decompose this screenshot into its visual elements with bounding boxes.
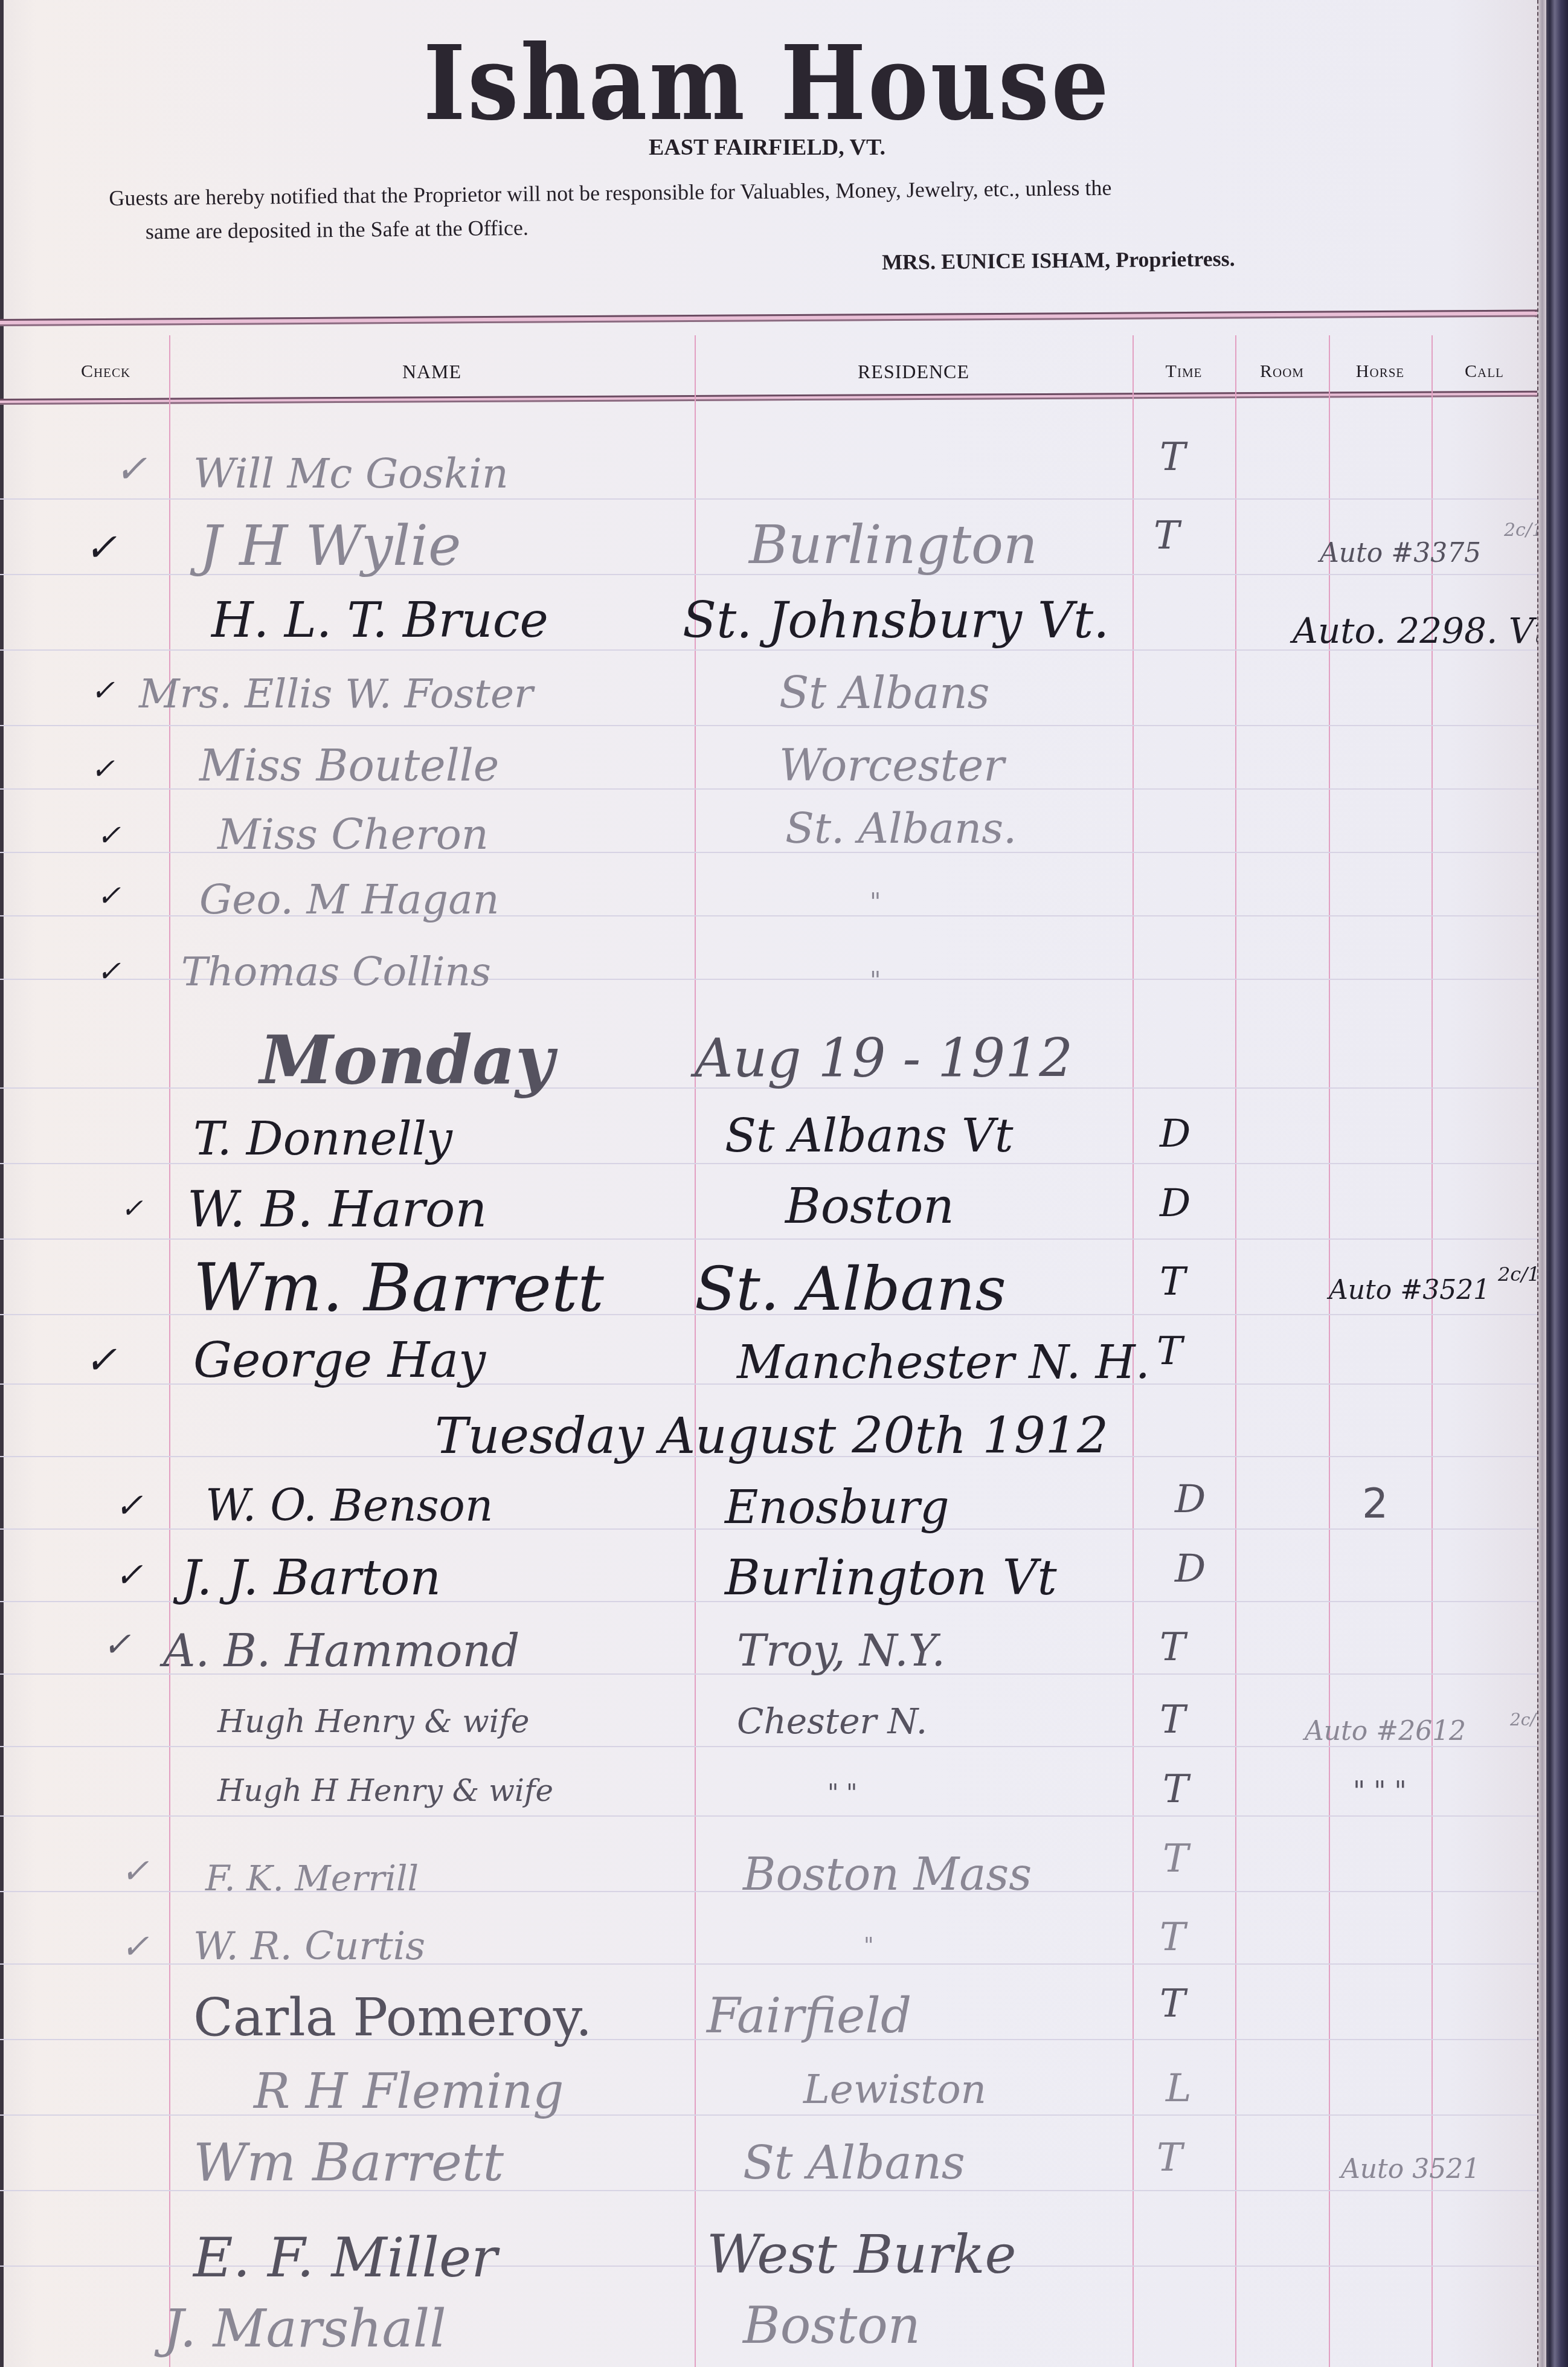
- row-rule: [0, 2114, 1537, 2116]
- time-mark: T: [1160, 1982, 1186, 2026]
- liability-notice: Guests are hereby notified that the Prop…: [109, 167, 1438, 249]
- guest-name: Miss Cheron: [217, 810, 489, 859]
- column-header-horse: Horse: [1329, 344, 1431, 399]
- guest-residence: Troy, N.Y.: [737, 1625, 945, 1676]
- guest-name: W. R. Curtis: [193, 1924, 425, 1969]
- guest-residence: St. Albans: [695, 1254, 1006, 1324]
- guest-name: Wm Barrett: [193, 2133, 504, 2193]
- check-mark: ✓: [115, 1486, 143, 1525]
- auto-number: Auto #2612: [1305, 1716, 1466, 1747]
- check-mark: ✓: [97, 819, 121, 852]
- row-rule: [0, 725, 1537, 726]
- time-mark: D: [1160, 1181, 1190, 1226]
- guest-name: Geo. M Hagan: [199, 876, 500, 924]
- guest-residence: Fairfield: [707, 1988, 911, 2044]
- guest-residence: St Albans: [743, 2136, 965, 2189]
- auto-number: Auto #3521: [1329, 1275, 1490, 1306]
- time-mark: T: [1160, 1698, 1186, 1742]
- time-mark: T: [1160, 1915, 1186, 1960]
- guest-name: R H Fleming: [254, 2063, 564, 2119]
- guest-residence: West Burke: [707, 2223, 1017, 2285]
- page-edge: [1537, 0, 1546, 2367]
- guest-residence: St Albans Vt: [725, 1109, 1013, 1162]
- date-header: Aug 19 - 1912: [695, 1027, 1073, 1089]
- time-mark: T: [1160, 1260, 1186, 1304]
- guest-residence: Burlington: [749, 514, 1038, 576]
- hotel-location: EAST FAIRFIELD, VT.: [0, 134, 1534, 161]
- time-mark: D: [1175, 1547, 1206, 1591]
- horse-number: 2: [1362, 1480, 1388, 1528]
- guest-name: W. B. Haron: [187, 1181, 487, 1238]
- row-rule: [0, 498, 1537, 500]
- check-mark: ✓: [103, 1625, 131, 1664]
- time-mark: T: [1157, 1329, 1183, 1374]
- guest-name: F. K. Merrill: [205, 1858, 419, 1899]
- guest-residence: St Albans: [779, 668, 990, 718]
- ditto-mark: " " ": [1353, 1776, 1407, 1807]
- book-binding: [1546, 0, 1568, 2367]
- guest-name: E. F. Miller: [193, 2226, 497, 2290]
- guest-name: Hugh H Henry & wife: [217, 1773, 553, 1808]
- guest-name: Will Mc Goskin: [193, 450, 509, 498]
- guest-name: Hugh Henry & wife: [217, 1704, 530, 1740]
- notice-line-2: same are deposited in the Safe at the Of…: [109, 201, 1438, 249]
- column-header-check: Check: [54, 344, 157, 399]
- column-header-name: NAME: [169, 344, 695, 399]
- time-mark: T: [1160, 1625, 1186, 1670]
- check-mark: ✓: [121, 1193, 143, 1224]
- day-header: Monday: [260, 1021, 554, 1099]
- check-mark: ✓: [121, 1927, 149, 1966]
- column-header-time: Time: [1133, 344, 1235, 399]
- guest-name: J H Wylie: [199, 514, 461, 578]
- guest-residence: Boston: [785, 1178, 954, 1234]
- guest-name: H. L. T. Bruce: [211, 592, 548, 648]
- guest-name: Wm. Barrett: [193, 1251, 604, 1326]
- column-divider-time-room: [1235, 335, 1236, 2367]
- check-mark: ✓: [91, 674, 115, 707]
- time-mark: T: [1157, 2136, 1183, 2180]
- guest-residence: Worcester: [779, 740, 1004, 791]
- guest-name: T. Donnelly: [193, 1112, 452, 1165]
- proprietress-signature: MRS. EUNICE ISHAM, Proprietress.: [882, 246, 1235, 275]
- guest-residence: Burlington Vt: [725, 1550, 1057, 1606]
- time-mark: T: [1154, 514, 1180, 558]
- guest-residence: Boston Mass: [743, 1849, 1032, 1901]
- guest-name: Miss Boutelle: [199, 740, 499, 791]
- check-mark: ✓: [97, 879, 121, 913]
- guest-residence: Boston: [743, 2296, 921, 2355]
- check-mark: ✓: [97, 955, 121, 988]
- guest-residence: Manchester N. H.: [737, 1335, 1150, 1389]
- time-mark: T: [1160, 435, 1186, 480]
- column-header-residence: RESIDENCE: [695, 344, 1133, 399]
- guest-residence: St. Albans.: [785, 803, 1017, 853]
- notice-line-1: Guests are hereby notified that the Prop…: [109, 176, 1112, 210]
- register-page: Isham House EAST FAIRFIELD, VT. Guests a…: [0, 0, 1546, 2367]
- time-mark: T: [1163, 1837, 1189, 1881]
- guest-residence: Lewiston: [803, 2066, 986, 2113]
- row-rule: [0, 1815, 1537, 1817]
- time-mark: L: [1166, 2066, 1192, 2111]
- auto-number: Auto #3375: [1320, 538, 1481, 568]
- guest-name: J. J. Barton: [181, 1550, 441, 1606]
- check-mark: ✓: [115, 1556, 143, 1595]
- guest-name: A. B. Hammond: [163, 1625, 519, 1677]
- guest-name: Mrs. Ellis W. Foster: [139, 671, 533, 717]
- row-rule: [0, 1238, 1537, 1240]
- guest-residence: Enosburg: [725, 1480, 949, 1534]
- check-mark: ✓: [85, 1338, 117, 1383]
- time-mark: D: [1175, 1477, 1206, 1522]
- guest-residence: Chester N.: [737, 1701, 927, 1742]
- time-mark: D: [1160, 1112, 1190, 1156]
- check-mark: ✓: [121, 1852, 149, 1891]
- ditto-mark: ": [870, 967, 881, 994]
- ditto-mark: " ": [827, 1779, 858, 1807]
- check-mark: ✓: [115, 447, 147, 492]
- check-mark: ✓: [85, 526, 117, 570]
- header-top-rule: [0, 309, 1537, 326]
- book-left-edge: [0, 0, 4, 2367]
- guest-name: J. Marshall: [163, 2299, 446, 2359]
- check-mark: ✓: [91, 752, 115, 786]
- guest-name: Carla Pomeroy.: [193, 1988, 592, 2048]
- hotel-title: Isham House: [92, 23, 1442, 144]
- auto-number: Auto. 2298. Vt.: [1293, 610, 1546, 651]
- ditto-mark: ": [864, 1933, 874, 1958]
- column-header-call: Call: [1431, 344, 1537, 399]
- ditto-mark: ": [870, 888, 881, 916]
- column-header-room: Room: [1235, 344, 1329, 399]
- guest-name: W. O. Benson: [205, 1480, 493, 1531]
- auto-number: Auto 3521: [1341, 2154, 1480, 2185]
- time-mark: T: [1163, 1767, 1189, 1812]
- date-header: Tuesday August 20th 1912: [435, 1408, 1108, 1465]
- column-divider-check-name: [169, 335, 170, 2367]
- guest-residence: St. Johnsbury Vt.: [683, 592, 1109, 649]
- guest-name: Thomas Collins: [181, 948, 491, 995]
- guest-name: George Hay: [193, 1332, 486, 1388]
